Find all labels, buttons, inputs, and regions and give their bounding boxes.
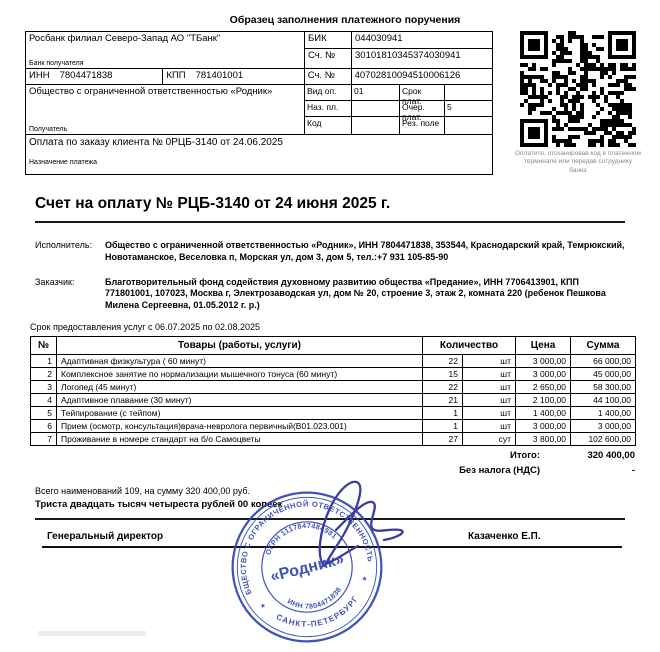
table-row: 1Адаптивная физкультура ( 60 минут)22шт3… (31, 354, 636, 367)
payee-name: Общество с ограниченной ответственностью… (29, 86, 301, 97)
invoice-document: Образец заполнения платежного поручения … (0, 0, 660, 652)
signature-image (296, 478, 436, 570)
ocher-plat-label: Очер. плат. (400, 101, 445, 117)
customer-row: Заказчик: Благотворительный фонд содейст… (35, 277, 625, 312)
corr-account-label: Сч. № (305, 49, 352, 69)
kod-value (352, 117, 400, 135)
stamp-star-left: ★ (258, 601, 269, 612)
sample-payment-order-title: Образец заполнения платежного поручения (30, 14, 660, 26)
svg-text:★: ★ (258, 601, 269, 612)
naz-pl-value (352, 101, 400, 117)
items-header-row: № Товары (работы, услуги) Количество Цен… (31, 336, 636, 354)
stamp-star-right: ★ (360, 573, 371, 583)
no-vat-label: Без налога (НДС) (459, 465, 540, 476)
bik-value: 044030941 (352, 32, 492, 49)
rez-pole-label: Рез. поле (400, 117, 445, 135)
vid-op-label: Вид оп. (305, 85, 352, 101)
kod-label: Код (305, 117, 352, 135)
table-row: 5Тейпирование (с тейпом)1шт1 400,001 400… (31, 406, 636, 419)
naz-pl-label: Наз. пл. (305, 101, 352, 117)
kpp-cell: КПП 781401001 (163, 69, 304, 85)
table-row: 2Комплексное занятие по нормализации мыш… (31, 367, 636, 380)
operation-fields: Вид оп. 01 Срок плат. Наз. пл. Очер. пла… (305, 85, 492, 135)
stamp-city-text: САНКТ-ПЕТЕРБУРГ (273, 592, 365, 637)
bik-label: БИК (305, 32, 352, 49)
col-name: Товары (работы, услуги) (57, 336, 423, 354)
table-row: 4Адаптивное плавание (30 минут)21шт2 100… (31, 393, 636, 406)
vid-op-value: 01 (352, 85, 400, 101)
qr-caption: Оплатите, отсканировав код в платежном т… (515, 150, 641, 175)
bank-label: Банк получателя (29, 60, 301, 67)
account-value: 40702810094510006126 (352, 69, 492, 85)
table-row: 7Проживание в номере стандарт на б/о Сам… (31, 432, 636, 445)
col-sum: Сумма (571, 336, 636, 354)
items-table: № Товары (работы, услуги) Количество Цен… (30, 336, 636, 446)
director-signature (296, 478, 436, 570)
total-label: Итого: (510, 450, 540, 461)
ocher-plat-value: 5 (445, 101, 492, 117)
col-price: Цена (516, 336, 571, 354)
customer-details: Благотворительный фонд содействия духовн… (105, 277, 625, 312)
director-name: Казаченко Е.П. (468, 531, 541, 542)
table-row: 6Прием (осмотр, консультация)врача-невро… (31, 419, 636, 432)
total-value: 320 400,00 (540, 450, 635, 461)
executor-label: Исполнитель: (35, 240, 105, 263)
no-vat-value: - (540, 465, 635, 476)
bank-cell: Росбанк филиал Северо-Запад АО "ТБанк" Б… (26, 32, 305, 69)
svg-text:САНКТ-ПЕТЕРБУРГ: САНКТ-ПЕТЕРБУРГ (273, 592, 365, 637)
qr-block: Оплатите, отсканировав код в платежном т… (513, 31, 643, 175)
director-title: Генеральный директор (47, 531, 163, 542)
inn-cell: ИНН 7804471838 (26, 69, 163, 85)
invoice-title: Счет на оплату № РЦБ-3140 от 24 июня 202… (35, 195, 660, 213)
qr-code-image (520, 31, 636, 147)
srok-plat-value (445, 85, 492, 101)
customer-label: Заказчик: (35, 277, 105, 312)
purpose-label: Назначение платежа (29, 159, 489, 166)
executor-details: Общество с ограниченной ответственностью… (105, 240, 625, 263)
corr-account-value: 30101810345374030941 (352, 49, 492, 69)
bank-name: Росбанк филиал Северо-Запад АО "ТБанк" (29, 33, 301, 44)
payment-order-table: Росбанк филиал Северо-Запад АО "ТБанк" Б… (25, 31, 493, 175)
purpose-cell: Оплата по заказу клиента № 0РЦБ-3140 от … (26, 135, 492, 168)
payment-order-section: Росбанк филиал Северо-Запад АО "ТБанк" Б… (25, 31, 660, 175)
scan-artifact (38, 631, 146, 636)
srok-plat-label: Срок плат. (400, 85, 445, 101)
payee-cell: Общество с ограниченной ответственностью… (26, 85, 305, 135)
svg-text:★: ★ (360, 573, 371, 583)
title-divider (35, 221, 625, 223)
qr-code (520, 31, 636, 147)
rez-pole-value (445, 117, 492, 135)
purpose-text: Оплата по заказу клиента № 0РЦБ-3140 от … (29, 137, 489, 148)
executor-row: Исполнитель: Общество с ограниченной отв… (35, 240, 625, 263)
account-label: Сч. № (305, 69, 352, 85)
col-qty: Количество (423, 336, 516, 354)
totals-block: Итого: 320 400,00 Без налога (НДС) - (30, 450, 635, 476)
bik-account-block: БИК 044030941 Сч. № 30101810345374030941 (305, 32, 492, 69)
service-period: Срок предоставления услуг с 06.07.2025 п… (30, 322, 660, 332)
table-row: 3Логопед (45 минут)22шт2 650,0058 300,00 (31, 380, 636, 393)
col-num: № (31, 336, 57, 354)
payee-label: Получатель (29, 126, 301, 133)
